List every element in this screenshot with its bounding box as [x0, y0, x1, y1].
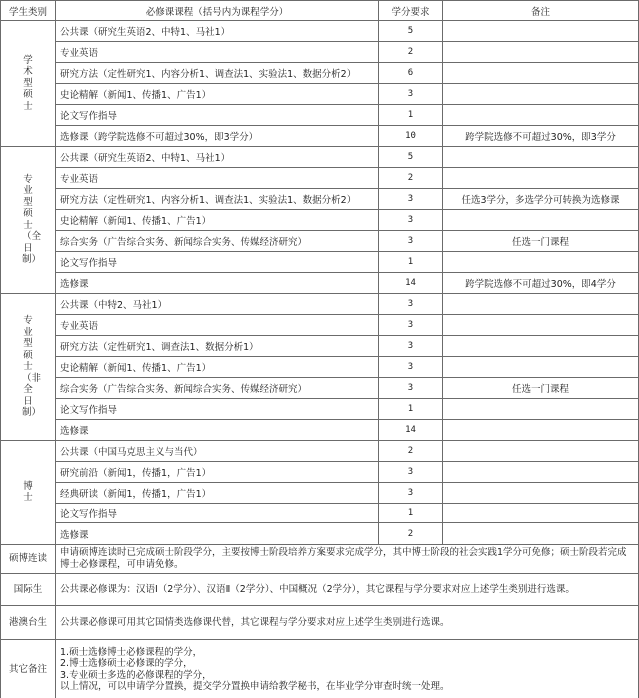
- table-row: 史论精解（新闻1、传播1、广告1）3: [1, 210, 639, 231]
- course-cell: 论文写作指导: [56, 252, 379, 273]
- table-row: 博士公共课（中国马克思主义与当代）2: [1, 441, 639, 462]
- student-category: 专业型硕士（非全日制）: [1, 294, 56, 441]
- table-row: 专业英语2: [1, 42, 639, 63]
- credit-cell: 3: [379, 231, 443, 252]
- note-cell: 跨学院选修不可超过30%，即3学分: [443, 126, 639, 147]
- table-row: 专业型硕士（非全日制）公共课（中特2、马社1）3: [1, 294, 639, 315]
- note-cell: [443, 84, 639, 105]
- credit-cell: 6: [379, 63, 443, 84]
- table-row: 专业英语2: [1, 168, 639, 189]
- table-row: 综合实务（广告综合实务、新闻综合实务、传媒经济研究）3任选一门课程: [1, 231, 639, 252]
- course-cell: 史论精解（新闻1、传播1、广告1）: [56, 84, 379, 105]
- course-cell: 公共课（中国马克思主义与当代）: [56, 441, 379, 462]
- course-cell: 专业英语: [56, 42, 379, 63]
- credit-cell: 3: [379, 210, 443, 231]
- extra-row: 港澳台生公共课必修课可用其它国情类选修课代替，其它课程与学分要求对应上述学生类别…: [1, 606, 639, 640]
- course-cell: 论文写作指导: [56, 105, 379, 126]
- table-row: 论文写作指导1: [1, 105, 639, 126]
- credit-cell: 2: [379, 42, 443, 63]
- course-cell: 研究方法（定性研究1、内容分析1、调查法1、实验法1、数据分析2）: [56, 189, 379, 210]
- table-row: 经典研读（新闻1，传播1，广告1）3: [1, 483, 639, 504]
- note-cell: [443, 252, 639, 273]
- table-row: 史论精解（新闻1、传播1、广告1）3: [1, 84, 639, 105]
- note-cell: [443, 336, 639, 357]
- other-notes-line: 1.硕士选修博士必修课程的学分，: [60, 647, 634, 659]
- table-row: 研究方法（定性研究1、内容分析1、调查法1、实验法1、数据分析2）6: [1, 63, 639, 84]
- student-category: 学术型硕士: [1, 21, 56, 147]
- note-cell: [443, 357, 639, 378]
- header-category: 学生类别: [1, 1, 56, 21]
- table-row: 研究前沿（新闻1，传播1，广告1）3: [1, 462, 639, 483]
- other-notes-category: 其它备注: [1, 640, 56, 698]
- table-row: 论文写作指导1: [1, 252, 639, 273]
- course-cell: 经典研读（新闻1，传播1，广告1）: [56, 483, 379, 504]
- credit-cell: 3: [379, 336, 443, 357]
- table-row: 论文写作指导1: [1, 504, 639, 523]
- note-cell: [443, 523, 639, 545]
- note-cell: [443, 441, 639, 462]
- credit-cell: 14: [379, 420, 443, 441]
- credit-cell: 3: [379, 378, 443, 399]
- extra-row: 硕博连读申请硕博连读时已完成硕士阶段学分，主要按博士阶段培养方案要求完成学分，其…: [1, 545, 639, 574]
- table-row: 选修课14: [1, 420, 639, 441]
- other-notes-text: 1.硕士选修博士必修课程的学分，2.博士选修硕士必修课的学分，3.专业硕士多选的…: [56, 640, 639, 698]
- other-notes-row: 其它备注1.硕士选修博士必修课程的学分，2.博士选修硕士必修课的学分，3.专业硕…: [1, 640, 639, 698]
- table-row: 专业英语3: [1, 315, 639, 336]
- credit-cell: 1: [379, 399, 443, 420]
- course-cell: 公共课（研究生英语2、中特1、马社1）: [56, 21, 379, 42]
- header-row: 学生类别 必修课课程（括号内为课程学分） 学分要求 备注: [1, 1, 639, 21]
- credit-cell: 1: [379, 105, 443, 126]
- category-label: 专业型硕士（非全日制）: [22, 315, 34, 419]
- credit-cell: 14: [379, 273, 443, 294]
- note-cell: [443, 462, 639, 483]
- extra-category: 国际生: [1, 574, 56, 606]
- extra-category: 硕博连读: [1, 545, 56, 574]
- note-cell: [443, 21, 639, 42]
- table-row: 史论精解（新闻1、传播1、广告1）3: [1, 357, 639, 378]
- credit-cell: 5: [379, 21, 443, 42]
- note-cell: [443, 399, 639, 420]
- credit-cell: 3: [379, 483, 443, 504]
- table-row: 论文写作指导1: [1, 399, 639, 420]
- note-cell: [443, 294, 639, 315]
- table-row: 选修课14跨学院选修不可超过30%，即4学分: [1, 273, 639, 294]
- extra-text: 公共课必修课为：汉语Ⅰ（2学分）、汉语Ⅱ（2学分）、中国概况（2学分），其它课程…: [56, 574, 639, 606]
- course-cell: 选修课: [56, 273, 379, 294]
- course-cell: 研究方法（定性研究1、内容分析1、调查法1、实验法1、数据分析2）: [56, 63, 379, 84]
- header-course: 必修课课程（括号内为课程学分）: [56, 1, 379, 21]
- course-cell: 论文写作指导: [56, 504, 379, 523]
- table-row: 选修课2: [1, 523, 639, 545]
- credit-cell: 3: [379, 84, 443, 105]
- course-cell: 综合实务（广告综合实务、新闻综合实务、传媒经济研究）: [56, 231, 379, 252]
- note-cell: [443, 168, 639, 189]
- credit-cell: 3: [379, 462, 443, 483]
- header-credit: 学分要求: [379, 1, 443, 21]
- course-cell: 选修课: [56, 420, 379, 441]
- credit-cell: 3: [379, 189, 443, 210]
- note-cell: 任选一门课程: [443, 378, 639, 399]
- course-cell: 研究前沿（新闻1，传播1，广告1）: [56, 462, 379, 483]
- header-note: 备注: [443, 1, 639, 21]
- credit-cell: 2: [379, 441, 443, 462]
- extra-row: 国际生公共课必修课为：汉语Ⅰ（2学分）、汉语Ⅱ（2学分）、中国概况（2学分），其…: [1, 574, 639, 606]
- course-cell: 公共课（研究生英语2、中特1、马社1）: [56, 147, 379, 168]
- course-cell: 论文写作指导: [56, 399, 379, 420]
- other-notes-line: 3.专业硕士多选的必修课程的学分，: [60, 670, 634, 682]
- note-cell: [443, 504, 639, 523]
- credit-cell: 5: [379, 147, 443, 168]
- table-row: 选修课（跨学院选修不可超过30%，即3学分）10跨学院选修不可超过30%，即3学…: [1, 126, 639, 147]
- course-cell: 史论精解（新闻1、传播1、广告1）: [56, 210, 379, 231]
- table-row: 研究方法（定性研究1、调查法1、数据分析1）3: [1, 336, 639, 357]
- other-notes-line: 2.博士选修硕士必修课的学分，: [60, 658, 634, 670]
- note-cell: [443, 210, 639, 231]
- extra-category: 港澳台生: [1, 606, 56, 640]
- note-cell: [443, 483, 639, 504]
- category-label: 学术型硕士: [22, 55, 34, 113]
- course-cell: 研究方法（定性研究1、调查法1、数据分析1）: [56, 336, 379, 357]
- credit-cell: 1: [379, 504, 443, 523]
- note-cell: [443, 315, 639, 336]
- note-cell: [443, 42, 639, 63]
- credit-cell: 3: [379, 294, 443, 315]
- credit-cell: 2: [379, 523, 443, 545]
- note-cell: 任选3学分，多选学分可转换为选修课: [443, 189, 639, 210]
- table-row: 学术型硕士公共课（研究生英语2、中特1、马社1）5: [1, 21, 639, 42]
- course-cell: 公共课（中特2、马社1）: [56, 294, 379, 315]
- credit-cell: 1: [379, 252, 443, 273]
- course-cell: 专业英语: [56, 315, 379, 336]
- table-row: 专业型硕士（全日制）公共课（研究生英语2、中特1、马社1）5: [1, 147, 639, 168]
- note-cell: [443, 420, 639, 441]
- course-cell: 综合实务（广告综合实务、新闻综合实务、传媒经济研究）: [56, 378, 379, 399]
- student-category: 专业型硕士（全日制）: [1, 147, 56, 294]
- note-cell: 跨学院选修不可超过30%，即4学分: [443, 273, 639, 294]
- note-cell: [443, 63, 639, 84]
- table-row: 研究方法（定性研究1、内容分析1、调查法1、实验法1、数据分析2）3任选3学分，…: [1, 189, 639, 210]
- course-cell: 史论精解（新闻1、传播1、广告1）: [56, 357, 379, 378]
- credit-cell: 10: [379, 126, 443, 147]
- extra-text: 公共课必修课可用其它国情类选修课代替，其它课程与学分要求对应上述学生类别进行选课…: [56, 606, 639, 640]
- extra-text: 申请硕博连读时已完成硕士阶段学分，主要按博士阶段培养方案要求完成学分，其中博士阶…: [56, 545, 639, 574]
- credit-cell: 2: [379, 168, 443, 189]
- curriculum-table: 学生类别 必修课课程（括号内为课程学分） 学分要求 备注 学术型硕士公共课（研究…: [0, 0, 639, 698]
- course-cell: 选修课: [56, 523, 379, 545]
- other-notes-line: 以上情况，可以申请学分置换，提交学分置换申请给教学秘书，在毕业学分审查时统一处理…: [60, 681, 634, 693]
- note-cell: [443, 147, 639, 168]
- note-cell: [443, 105, 639, 126]
- credit-cell: 3: [379, 357, 443, 378]
- credit-cell: 3: [379, 315, 443, 336]
- course-cell: 选修课（跨学院选修不可超过30%，即3学分）: [56, 126, 379, 147]
- category-label: 专业型硕士（全日制）: [22, 174, 34, 266]
- note-cell: 任选一门课程: [443, 231, 639, 252]
- category-label: 博士: [22, 481, 34, 504]
- table-row: 综合实务（广告综合实务、新闻综合实务、传媒经济研究）3任选一门课程: [1, 378, 639, 399]
- student-category: 博士: [1, 441, 56, 545]
- course-cell: 专业英语: [56, 168, 379, 189]
